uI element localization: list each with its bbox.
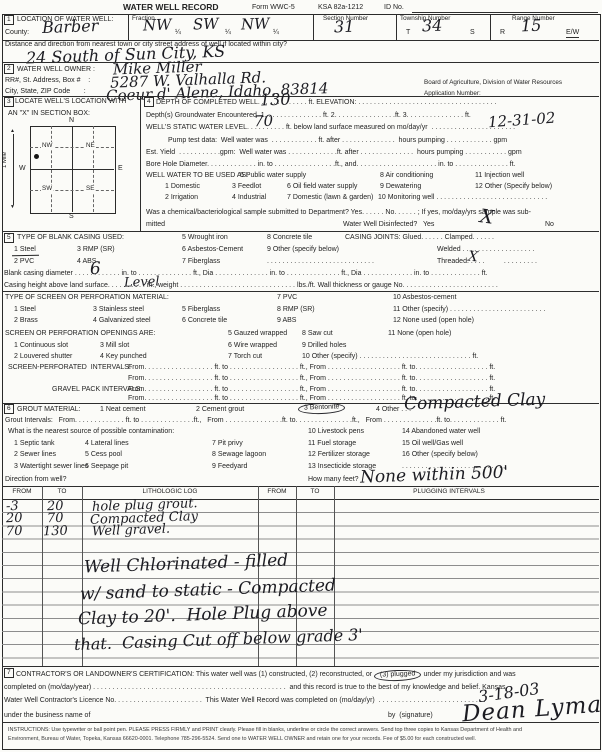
instructions-top-border <box>2 722 599 723</box>
pump-test-line: Pump test data: Well water was . . . . .… <box>168 137 507 145</box>
plugged-circled: (3) plugged <box>374 669 422 682</box>
log-row3-from: 70 <box>6 525 23 539</box>
quarter-symbol-3: ¼ <box>273 29 279 37</box>
opening-option-3: 3 Mill slot <box>100 342 129 350</box>
use-option-3: 3 Feedlot <box>232 183 261 191</box>
form-title: WATER WELL RECORD <box>123 3 219 11</box>
how-many-feet-label: How many feet? <box>308 476 359 484</box>
log-header-to-2: TO <box>296 488 334 496</box>
form-number: Form WWC-5 <box>252 4 295 12</box>
casing-height-line: Casing height above land surface. . . . … <box>4 282 498 290</box>
opening-option-2: 2 Louvered shutter <box>14 353 72 361</box>
compass-north-label: N <box>69 117 74 125</box>
township-t-label: T <box>406 29 410 37</box>
use-option-11: 11 Injection well <box>475 172 524 180</box>
material-option-12: 12 None used (open hole) <box>393 317 474 325</box>
opening-option-10: 10 Other (specify) . . . . . . . . . . .… <box>302 353 478 361</box>
log-header-to-1: TO <box>42 488 82 496</box>
material-option-5: 5 Fiberglass <box>182 306 220 314</box>
material-option-7: 7 PVC <box>277 294 297 302</box>
opening-option-7: 7 Torch cut <box>228 353 262 361</box>
material-option-10: 10 Asbestos-cement <box>393 294 456 302</box>
joints-welded-line: Welded . . . . . . . . . . . . . . . . .… <box>437 246 535 254</box>
casing-option-7: 7 Fiberglass <box>182 258 220 266</box>
contam-option-16: 16 Other (specify below) <box>402 451 478 459</box>
contamination-title: What is the nearest source of possible c… <box>8 428 174 436</box>
threaded-mark: X <box>467 250 478 265</box>
business-name-label: under the business name of <box>4 712 90 720</box>
township-value: 34 <box>422 18 443 35</box>
s5-top-border <box>2 231 599 232</box>
joints-threaded-line: Threaded. . . . . . . . . . . . . . <box>437 258 537 266</box>
use-option-6: 6 Oil field water supply <box>287 183 357 191</box>
log-table-top-border <box>2 486 599 487</box>
opening-option-1: 1 Continuous slot <box>14 342 68 350</box>
material-option-11: 11 Other (specify) . . . . . . . . . . .… <box>393 306 545 314</box>
s3-s4-divider <box>140 96 141 231</box>
section-box-center-hline <box>30 169 114 170</box>
use-option-4: 4 Industrial <box>232 194 266 202</box>
contam-option-10: 10 Livestock pens <box>308 428 364 436</box>
opening-option-6: 6 Wire wrapped <box>228 342 277 350</box>
casing-option-8: 8 Concrete tile <box>267 234 312 242</box>
opening-option-8: 8 Saw cut <box>302 330 333 338</box>
use-option-7: 7 Domestic (lawn & garden) <box>287 194 373 202</box>
grout-option-1: 1 Neat cement <box>100 406 146 414</box>
use-option-1: 1 Domestic <box>165 183 200 191</box>
certification-line-3: Water Well Contractor's Licence No. . . … <box>4 697 486 705</box>
log-vline-1 <box>42 486 43 666</box>
contam-option-15: 15 Oil well/Gas well <box>402 440 463 448</box>
opening-option-4: 4 Key punched <box>100 353 147 361</box>
material-option-2: 2 Brass <box>14 317 38 325</box>
casing-option-5: 5 Wrought iron <box>182 234 228 242</box>
quarter-symbol-2: ¼ <box>225 29 231 37</box>
range-ew-label: E/W <box>566 29 579 38</box>
contam-option-7: 7 Pit privy <box>212 440 243 448</box>
material-option-6: 6 Concrete tile <box>182 317 227 325</box>
depth-completed-line: DEPTH OF COMPLETED WELL. . . . . . . . .… <box>156 99 496 107</box>
s1-divider-3 <box>396 14 397 40</box>
by-signature-label: by (signature) <box>388 712 433 720</box>
est-yield-line: Est. Yield . . . . . . . . . . .gpm: Wel… <box>146 149 522 157</box>
statute-label: KSA 82a-1212 <box>318 4 363 12</box>
address-label: RR#, St. Address, Box # : <box>5 77 90 85</box>
s1-divider-1 <box>128 14 129 40</box>
s3-top-border <box>2 96 599 97</box>
contam-option-3: 3 Watertight sewer lines <box>14 463 88 471</box>
casing-joints-line: CASING JOINTS: Glued. . . . . . Clamped.… <box>345 234 494 242</box>
casing-other-dots: . . . . . . . . . . . . . . . . . . . . … <box>267 258 374 266</box>
material-option-3: 3 Stainless steel <box>93 306 144 314</box>
material-option-1: 1 Steel <box>14 306 36 314</box>
certification-line-1: CONTRACTOR'S OR LANDOWNER'S CERTIFICATIO… <box>16 670 598 681</box>
compass-west-label: W <box>19 165 26 173</box>
depth-completed-value: 130 <box>260 91 291 108</box>
section4-number: 4 <box>144 97 154 107</box>
casing-option-9: 9 Other (specify below) <box>267 246 339 254</box>
locate-title-2: AN "X" IN SECTION BOX: <box>8 110 90 118</box>
static-water-level-value: 70 <box>254 114 274 130</box>
material-option-4: 4 Galvanized steel <box>93 317 151 325</box>
fraction-q1-value: NW <box>143 18 172 34</box>
fraction-q3-value: NW <box>241 17 270 33</box>
spi-interval-line-2: From. . . . . . . . . . . . . . . . . . … <box>128 375 495 383</box>
casing-height-value: Level <box>124 275 160 289</box>
casing-option-1: 1 Steel <box>14 246 36 254</box>
compass-east-label: E <box>118 165 123 173</box>
contam-option-8: 8 Sewage lagoon <box>212 451 266 459</box>
material-option-9: 9 ABS <box>277 317 296 325</box>
quarter-symbol-1: ¼ <box>175 29 181 37</box>
log-row3-to: 130 <box>43 525 68 539</box>
section7-number: 7 <box>4 668 14 678</box>
section2-number: 2 <box>4 64 14 74</box>
quadrant-ne-label: NE <box>85 142 96 150</box>
s2-top-border <box>2 62 599 63</box>
section-number-value: 31 <box>334 19 355 36</box>
blank-casing-diameter-line: Blank casing diameter . . . . . . . . . … <box>4 270 488 278</box>
openings-title: SCREEN OR PERFORATION OPENINGS ARE: <box>5 330 155 338</box>
section-box-dash-v1 <box>51 126 52 212</box>
screen-perforated-intervals-label: SCREEN-PERFORATED INTERVALS: <box>8 364 131 372</box>
blank-casing-diameter-value: 6 <box>90 261 101 278</box>
range-r-label: R <box>500 29 505 37</box>
screen-material-title: TYPE OF SCREEN OR PERFORATION MATERIAL: <box>5 294 169 302</box>
instructions-line-2: Environment, Bureau of Water, Topeka, Ka… <box>8 735 476 743</box>
use-option-12: 12 Other (Specify below) <box>475 183 552 191</box>
section-box-dash-v2 <box>93 126 94 212</box>
quadrant-sw-label: SW <box>41 185 53 193</box>
log-header-from-1: FROM <box>2 488 42 496</box>
certification-line-2: completed on (mo/day/year) . . . . . . .… <box>4 684 505 692</box>
log-row3-desc: Well gravel. <box>92 523 170 539</box>
county-value: Barber <box>42 18 99 36</box>
s1-divider-2 <box>313 14 314 40</box>
mile-arrow-down-icon: ▼ <box>10 203 15 211</box>
screen-section-divider <box>2 291 599 292</box>
section3-number: 3 <box>4 97 14 107</box>
log-header-lithologic: LITHOLOGIC LOG <box>82 488 258 496</box>
direction-from-well-label: Direction from well? <box>5 476 66 484</box>
mile-arrow-line <box>13 134 14 205</box>
use-option-10: 10 Monitoring well . . . . . . . . . . .… <box>378 194 547 202</box>
mile-arrow-up-icon: ▲ <box>10 127 15 135</box>
id-no-label: ID No. <box>384 4 404 12</box>
grout-option-2: 2 Cement grout <box>196 406 244 414</box>
contam-option-12: 12 Fertilizer storage <box>308 451 370 459</box>
section1-number: 1 <box>4 15 14 25</box>
use-title: WELL WATER TO BE USED AS: <box>146 172 248 180</box>
disinfected-label: Water Well Disinfected? Yes <box>343 221 434 229</box>
contam-option-14: 14 Abandoned water well <box>402 428 480 436</box>
casing-option-6: 6 Asbestos-Cement <box>182 246 243 254</box>
bore-hole-line: Bore Hole Diameter. . . . . . . . . . . … <box>146 161 516 169</box>
disinfected-no-label: No <box>545 221 554 229</box>
contam-option-5: 5 Cess pool <box>85 451 122 459</box>
use-option-2: 2 Irrigation <box>165 194 198 202</box>
fraction-q2-value: SW <box>193 17 219 33</box>
contam-option-1: 1 Septic tank <box>14 440 54 448</box>
material-option-8: 8 RMP (SR) <box>277 306 315 314</box>
owner-label: WATER WELL OWNER : <box>17 66 95 74</box>
contam-option-2: 2 Sewer lines <box>14 451 56 459</box>
locate-title-1: LOCATE WELL'S LOCATION WITH <box>15 98 127 106</box>
board-of-agriculture-text: Board of Agriculture, Division of Water … <box>424 79 562 87</box>
opening-option-11: 11 None (open hole) <box>388 330 451 338</box>
grout-other-value: Compacted Clay <box>404 392 546 414</box>
id-no-blank-line <box>412 12 598 13</box>
contam-option-9: 9 Feedyard <box>212 463 247 471</box>
section6-number: 6 <box>4 404 14 414</box>
s7-top-border <box>2 666 599 667</box>
compass-south-label: S <box>69 213 74 221</box>
s1-divider-4 <box>490 14 491 40</box>
spi-interval-line-1: From. . . . . . . . . . . . . . . . . . … <box>128 364 495 372</box>
water-well-record-form: WATER WELL RECORD Form WWC-5 KSA 82a-121… <box>0 0 602 752</box>
contam-option-4: 4 Lateral lines <box>85 440 129 448</box>
use-option-9: 9 Dewatering <box>380 183 421 191</box>
static-water-level-line: WELL'S STATIC WATER LEVEL. . . . . . . .… <box>146 124 515 132</box>
disinfected-yes-mark: X <box>479 207 495 228</box>
grout-title: GROUT MATERIAL: <box>17 406 81 414</box>
log-header-plugging: PLUGGING INTERVALS <box>334 488 564 496</box>
city-state-zip-label: City, State, ZIP Code : <box>5 88 86 96</box>
use-option-5: 5 Public water supply <box>240 172 306 180</box>
certification-line-1c: under my jurisdiction and was <box>422 671 516 678</box>
well-location-mark <box>34 154 39 159</box>
quadrant-se-label: SE <box>85 185 95 193</box>
casing-option-3: 3 RMP (SR) <box>77 246 115 254</box>
casing-title: TYPE OF BLANK CASING USED: <box>17 234 124 242</box>
use-option-8: 8 Air conditioning <box>380 172 433 180</box>
log-header-from-2: FROM <box>258 488 296 496</box>
grout-intervals-line: Grout Intervals: From. . . . . . . . . .… <box>5 417 506 425</box>
contam-option-11: 11 Fuel storage <box>308 440 356 448</box>
contam-option-6: 6 Seepage pit <box>85 463 128 471</box>
township-s-label: S <box>470 29 475 37</box>
sample-submitted-line: Was a chemical/bacteriological sample su… <box>146 209 531 217</box>
one-mile-label: 1 Mile <box>1 152 9 168</box>
sample-submitted-line2: mitted <box>146 221 165 229</box>
range-value: 15 <box>521 18 542 35</box>
section5-number: 5 <box>4 233 14 243</box>
certification-line-1a: CONTRACTOR'S OR LANDOWNER'S CERTIFICATIO… <box>16 671 374 678</box>
groundwater-line: Depth(s) Groundwater Encountered 1. . . … <box>146 112 471 120</box>
instructions-line-1: INSTRUCTIONS: Use typewriter or ball poi… <box>8 726 522 734</box>
opening-option-9: 9 Drilled holes <box>302 342 346 350</box>
county-label: County: <box>5 29 29 37</box>
opening-option-5: 5 Gauzed wrapped <box>228 330 287 338</box>
casing-option-2: 2 PVC <box>14 258 34 266</box>
quadrant-nw-label: NW <box>41 142 54 150</box>
